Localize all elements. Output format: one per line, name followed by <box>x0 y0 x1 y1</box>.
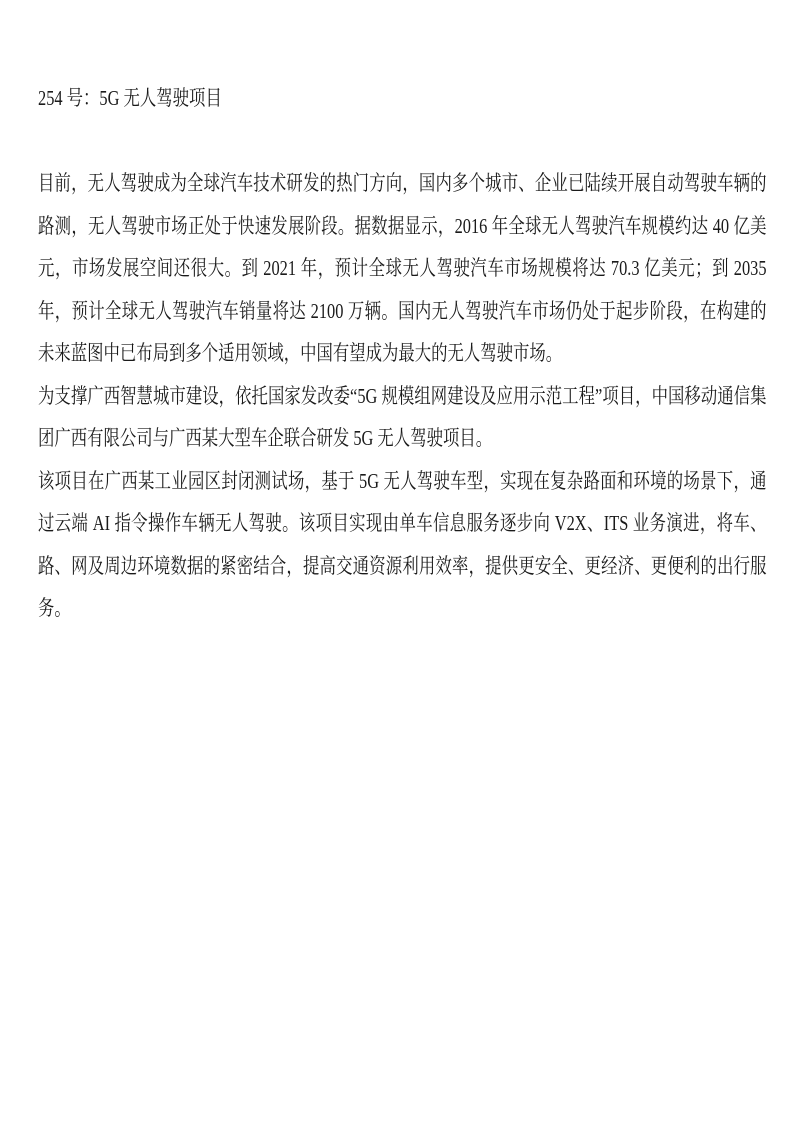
paragraph-market-overview: 目前，无人驾驶成为全球汽车技术研发的热门方向，国内多个城市、企业已陆续开展自动驾… <box>38 162 767 375</box>
paragraph-project-description: 该项目在广西某工业园区封闭测试场，基于 5G 无人驾驶车型，实现在复杂路面和环境… <box>38 460 767 630</box>
document-content: 254 号：5G 无人驾驶项目 目前，无人驾驶成为全球汽车技术研发的热门方向，国… <box>38 77 767 630</box>
document-title: 254 号：5G 无人驾驶项目 <box>38 77 767 120</box>
document-page: 254 号：5G 无人驾驶项目 目前，无人驾驶成为全球汽车技术研发的热门方向，国… <box>0 0 800 1131</box>
paragraph-project-background: 为支撑广西智慧城市建设，依托国家发改委“5G 规模组网建设及应用示范工程”项目，… <box>38 375 767 460</box>
